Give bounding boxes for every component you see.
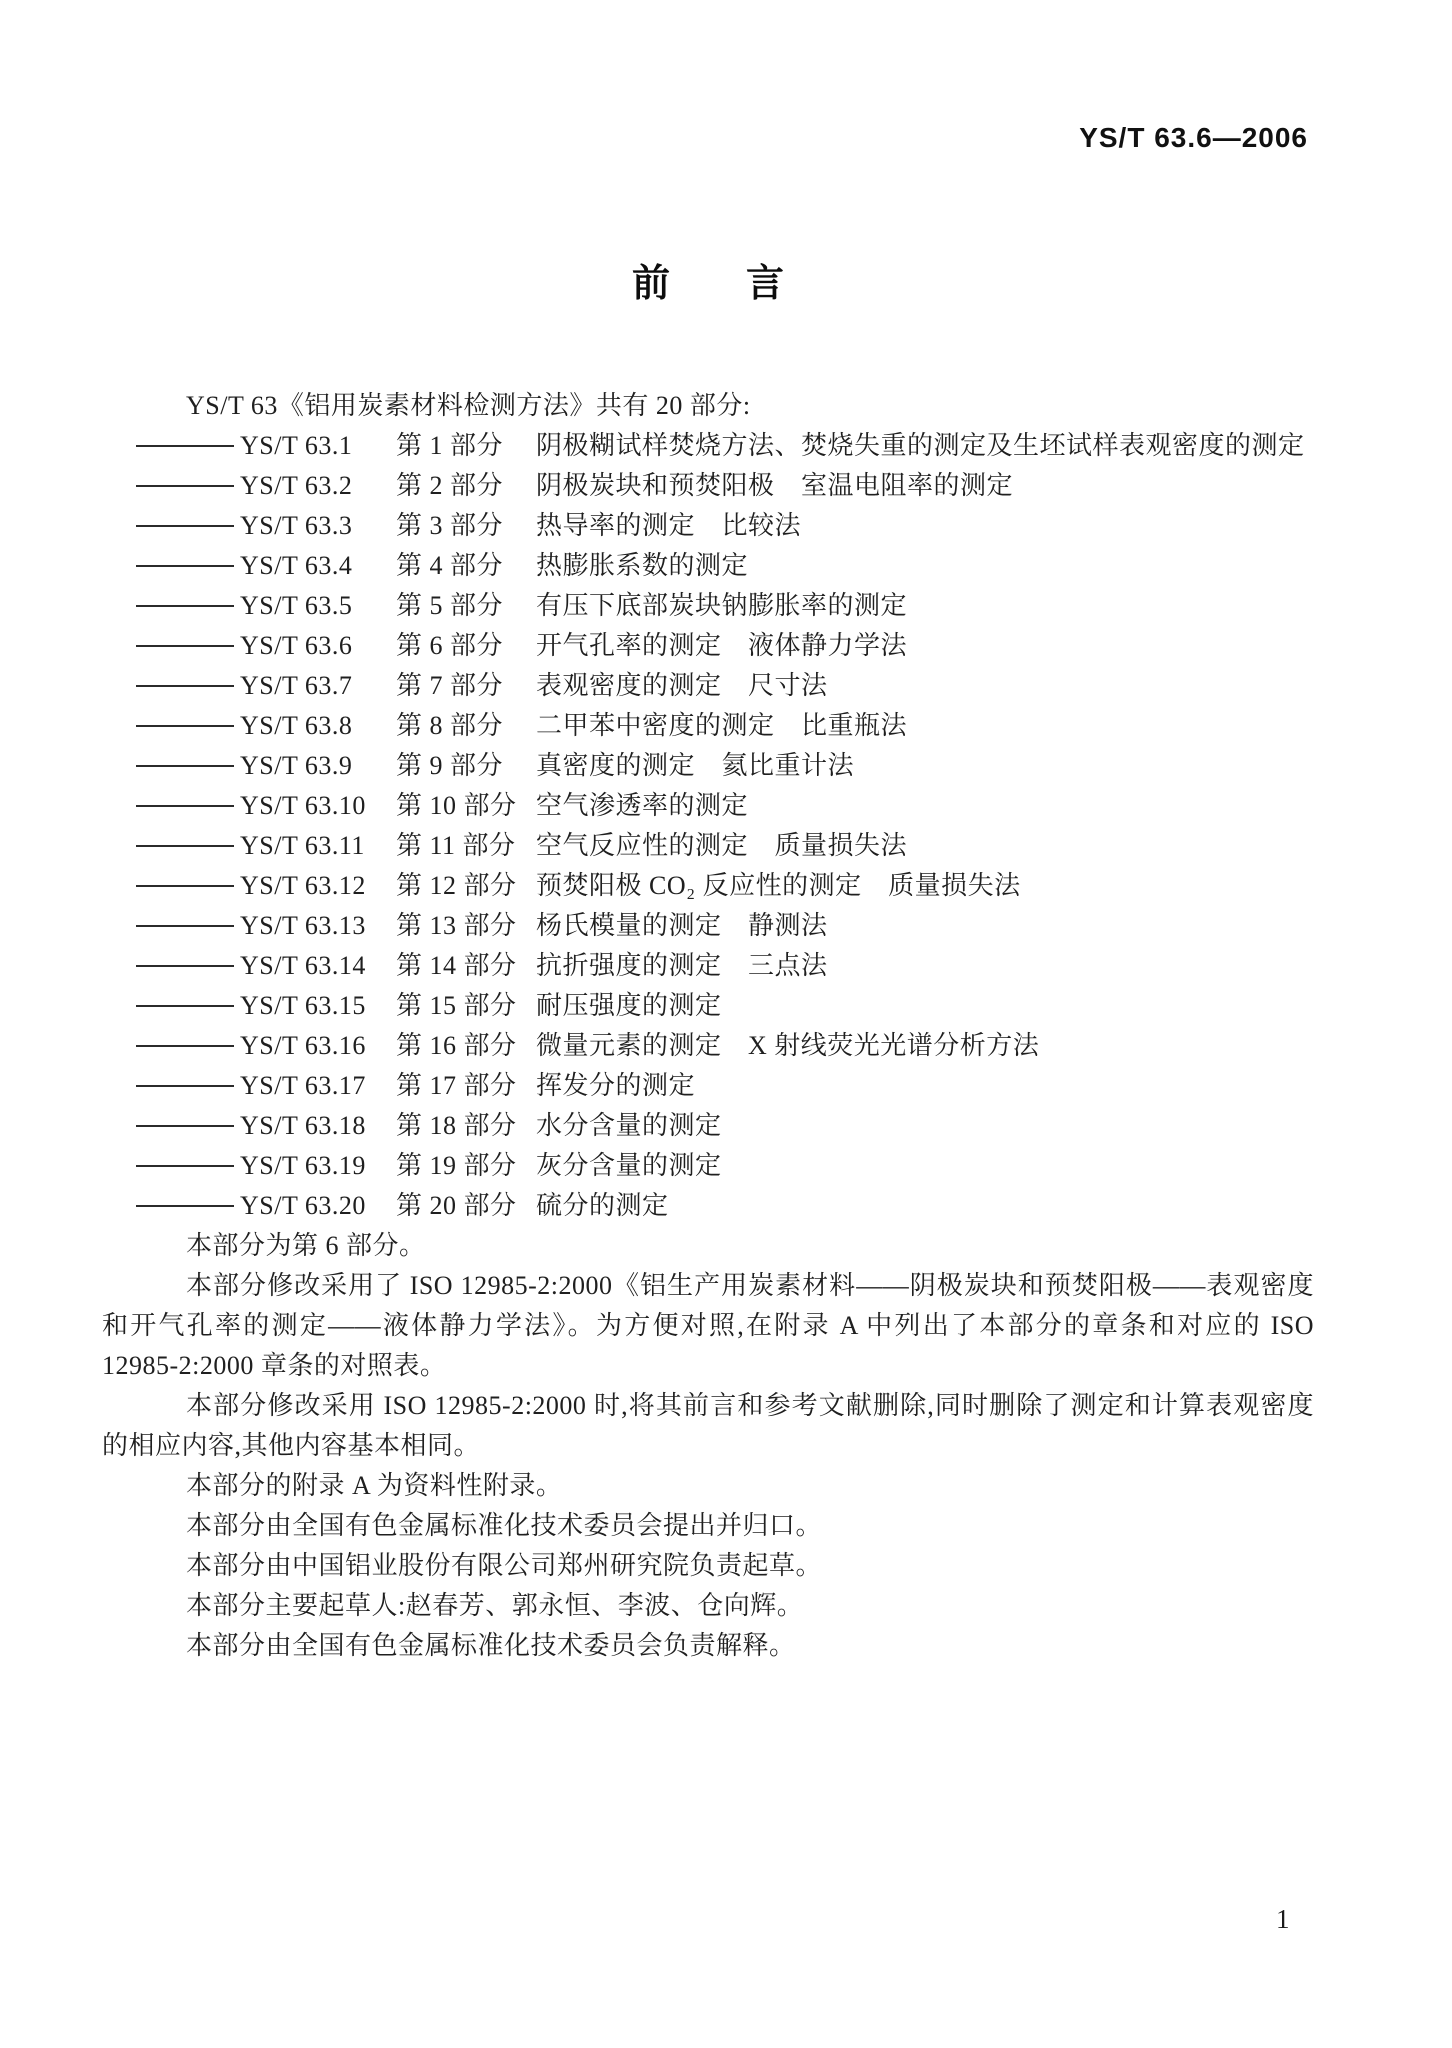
em-dash: [136, 605, 234, 607]
part-label: 第 17 部分: [396, 1066, 536, 1106]
part-label: 第 12 部分: [396, 866, 536, 906]
list-item: YS/T 63.19 第 19 部分 灰分含量的测定: [136, 1146, 1314, 1186]
em-dash: [136, 445, 234, 447]
part-title: 耐压强度的测定: [536, 986, 1314, 1026]
part-title: 抗折强度的测定 三点法: [536, 946, 1314, 986]
foreword-paragraphs: 本部分为第 6 部分。 本部分修改采用了 ISO 12985-2:2000《铝生…: [102, 1226, 1314, 1666]
em-dash: [136, 925, 234, 927]
part-label: 第 10 部分: [396, 786, 536, 826]
list-item: YS/T 63.10 第 10 部分 空气渗透率的测定: [136, 786, 1314, 826]
part-label: 第 18 部分: [396, 1106, 536, 1146]
part-title: 二甲苯中密度的测定 比重瓶法: [536, 706, 1314, 746]
part-code: YS/T 63.7: [240, 666, 396, 706]
foreword-paragraph: 本部分由全国有色金属标准化技术委员会提出并归口。: [102, 1506, 1314, 1546]
em-dash: [136, 1045, 234, 1047]
part-code: YS/T 63.12: [240, 866, 396, 906]
list-item: YS/T 63.2 第 2 部分 阴极炭块和预焚阳极 室温电阻率的测定: [136, 466, 1314, 506]
em-dash: [136, 525, 234, 527]
em-dash: [136, 725, 234, 727]
part-code: YS/T 63.15: [240, 986, 396, 1026]
foreword-paragraph: 本部分为第 6 部分。: [102, 1226, 1314, 1266]
part-label: 第 13 部分: [396, 906, 536, 946]
page-number: 1: [1276, 1904, 1290, 1935]
part-title: 热导率的测定 比较法: [536, 506, 1314, 546]
foreword-paragraph: 本部分修改采用了 ISO 12985-2:2000《铝生产用炭素材料——阴极炭块…: [102, 1266, 1314, 1386]
part-label: 第 11 部分: [396, 826, 536, 866]
list-item: YS/T 63.4 第 4 部分 热膨胀系数的测定: [136, 546, 1314, 586]
part-label: 第 9 部分: [396, 746, 536, 786]
list-item: YS/T 63.5 第 5 部分 有压下底部炭块钠膨胀率的测定: [136, 586, 1314, 626]
foreword-title: 前 言: [102, 252, 1314, 307]
list-item: YS/T 63.15 第 15 部分 耐压强度的测定: [136, 986, 1314, 1026]
part-title: 杨氏模量的测定 静测法: [536, 906, 1314, 946]
em-dash: [136, 1085, 234, 1087]
em-dash: [136, 565, 234, 567]
part-label: 第 16 部分: [396, 1026, 536, 1066]
foreword-paragraph: 本部分由全国有色金属标准化技术委员会负责解释。: [102, 1626, 1314, 1666]
list-item: YS/T 63.11 第 11 部分 空气反应性的测定 质量损失法: [136, 826, 1314, 866]
part-title: 挥发分的测定: [536, 1066, 1314, 1106]
part-title: 开气孔率的测定 液体静力学法: [536, 626, 1314, 666]
foreword-paragraph: 本部分修改采用 ISO 12985-2:2000 时,将其前言和参考文献删除,同…: [102, 1386, 1314, 1466]
part-label: 第 4 部分: [396, 546, 536, 586]
list-item: YS/T 63.6 第 6 部分 开气孔率的测定 液体静力学法: [136, 626, 1314, 666]
part-label: 第 6 部分: [396, 626, 536, 666]
list-item: YS/T 63.13 第 13 部分 杨氏模量的测定 静测法: [136, 906, 1314, 946]
part-code: YS/T 63.6: [240, 626, 396, 666]
foreword-paragraph: 本部分由中国铝业股份有限公司郑州研究院负责起草。: [102, 1546, 1314, 1586]
part-code: YS/T 63.10: [240, 786, 396, 826]
list-item: YS/T 63.3 第 3 部分 热导率的测定 比较法: [136, 506, 1314, 546]
part-label: 第 7 部分: [396, 666, 536, 706]
parts-list: YS/T 63.1 第 1 部分 阴极糊试样焚烧方法、焚烧失重的测定及生坯试样表…: [102, 426, 1314, 1226]
part-label: 第 1 部分: [396, 426, 536, 466]
part-title: 水分含量的测定: [536, 1106, 1314, 1146]
part-code: YS/T 63.14: [240, 946, 396, 986]
part-code: YS/T 63.18: [240, 1106, 396, 1146]
part-code: YS/T 63.4: [240, 546, 396, 586]
part-label: 第 3 部分: [396, 506, 536, 546]
part-code: YS/T 63.1: [240, 426, 396, 466]
list-item: YS/T 63.7 第 7 部分 表观密度的测定 尺寸法: [136, 666, 1314, 706]
part-title: 硫分的测定: [536, 1186, 1314, 1226]
em-dash: [136, 685, 234, 687]
part-title: 热膨胀系数的测定: [536, 546, 1314, 586]
list-item: YS/T 63.20 第 20 部分 硫分的测定: [136, 1186, 1314, 1226]
part-code: YS/T 63.2: [240, 466, 396, 506]
em-dash: [136, 805, 234, 807]
em-dash: [136, 485, 234, 487]
list-item: YS/T 63.8 第 8 部分 二甲苯中密度的测定 比重瓶法: [136, 706, 1314, 746]
part-code: YS/T 63.13: [240, 906, 396, 946]
part-label: 第 14 部分: [396, 946, 536, 986]
series-intro-line: YS/T 63《铝用炭素材料检测方法》共有 20 部分:: [102, 386, 1314, 426]
em-dash: [136, 765, 234, 767]
part-title: 空气反应性的测定 质量损失法: [536, 826, 1314, 866]
part-title: 有压下底部炭块钠膨胀率的测定: [536, 586, 1314, 626]
list-item: YS/T 63.9 第 9 部分 真密度的测定 氦比重计法: [136, 746, 1314, 786]
part-code: YS/T 63.20: [240, 1186, 396, 1226]
foreword-paragraph: 本部分主要起草人:赵春芳、郭永恒、李波、仓向辉。: [102, 1586, 1314, 1626]
part-label: 第 19 部分: [396, 1146, 536, 1186]
part-code: YS/T 63.5: [240, 586, 396, 626]
standard-number-header: YS/T 63.6—2006: [1079, 122, 1308, 154]
em-dash: [136, 1165, 234, 1167]
em-dash: [136, 885, 234, 887]
part-title: 灰分含量的测定: [536, 1146, 1314, 1186]
part-label: 第 15 部分: [396, 986, 536, 1026]
part-code: YS/T 63.11: [240, 826, 396, 866]
list-item: YS/T 63.16 第 16 部分 微量元素的测定 X 射线荧光光谱分析方法: [136, 1026, 1314, 1066]
part-title: 阴极糊试样焚烧方法、焚烧失重的测定及生坯试样表观密度的测定: [536, 426, 1314, 466]
em-dash: [136, 645, 234, 647]
em-dash: [136, 1005, 234, 1007]
part-label: 第 8 部分: [396, 706, 536, 746]
part-title: 真密度的测定 氦比重计法: [536, 746, 1314, 786]
part-title: 空气渗透率的测定: [536, 786, 1314, 826]
em-dash: [136, 965, 234, 967]
part-label: 第 20 部分: [396, 1186, 536, 1226]
em-dash: [136, 845, 234, 847]
part-title: 微量元素的测定 X 射线荧光光谱分析方法: [536, 1026, 1314, 1066]
em-dash: [136, 1205, 234, 1207]
list-item: YS/T 63.18 第 18 部分 水分含量的测定: [136, 1106, 1314, 1146]
em-dash: [136, 1125, 234, 1127]
part-code: YS/T 63.9: [240, 746, 396, 786]
part-code: YS/T 63.3: [240, 506, 396, 546]
list-item: YS/T 63.17 第 17 部分 挥发分的测定: [136, 1066, 1314, 1106]
list-item: YS/T 63.12 第 12 部分 预焚阳极 CO₂ 反应性的测定 质量损失法: [136, 866, 1314, 906]
part-code: YS/T 63.17: [240, 1066, 396, 1106]
list-item: YS/T 63.1 第 1 部分 阴极糊试样焚烧方法、焚烧失重的测定及生坯试样表…: [136, 426, 1314, 466]
foreword-paragraph: 本部分的附录 A 为资料性附录。: [102, 1466, 1314, 1506]
part-title: 阴极炭块和预焚阳极 室温电阻率的测定: [536, 466, 1314, 506]
part-code: YS/T 63.16: [240, 1026, 396, 1066]
standard-document-page: YS/T 63.6—2006 前 言 YS/T 63《铝用炭素材料检测方法》共有…: [0, 0, 1452, 2048]
part-title: 表观密度的测定 尺寸法: [536, 666, 1314, 706]
part-label: 第 2 部分: [396, 466, 536, 506]
part-code: YS/T 63.8: [240, 706, 396, 746]
list-item: YS/T 63.14 第 14 部分 抗折强度的测定 三点法: [136, 946, 1314, 986]
part-label: 第 5 部分: [396, 586, 536, 626]
part-title: 预焚阳极 CO₂ 反应性的测定 质量损失法: [536, 866, 1314, 906]
foreword-content: YS/T 63《铝用炭素材料检测方法》共有 20 部分: YS/T 63.1 第…: [102, 386, 1314, 1666]
part-code: YS/T 63.19: [240, 1146, 396, 1186]
